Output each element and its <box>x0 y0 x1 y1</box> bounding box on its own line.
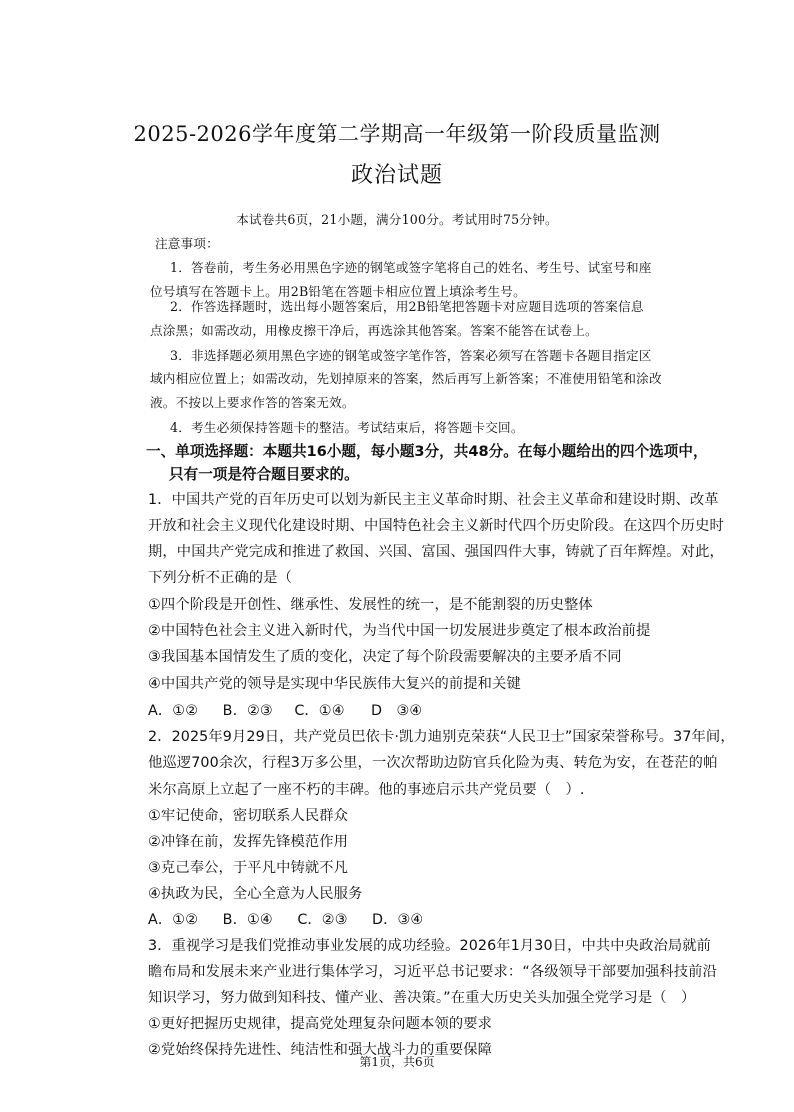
question-item: ③我国基本国情发生了质的变化，决定了每个阶段需要解决的主要矛盾不同 <box>148 646 622 666</box>
answer-options: A．①② B．②③ C．①④ D ③④ <box>148 700 422 720</box>
exam-title: 2025-2026学年度第二学期高一年级第一阶段质量监测 <box>0 118 794 148</box>
question-item: ③克己奉公，于平凡中铸就不凡 <box>148 857 348 877</box>
question-stem: 知识学习，努力做到知科技、懂产业、善决策。”在重大历史关头加强全党学习是（ ） <box>148 987 695 1007</box>
section-heading: 一、单项选择题：本题共16小题，每小题3分，共48分。在每小题给出的四个选项中， <box>146 440 708 461</box>
question-stem: 开放和社会主义现代化建设时期、中国特色社会主义新时代四个历史阶段。在这四个历史时 <box>148 515 724 535</box>
question-stem: 1．中国共产党的百年历史可以划为新民主主义革命时期、社会主义革命和建设时期、改革 <box>148 489 719 509</box>
notice-line: 4．考生必须保持答题卡的整洁。考试结束后，将答题卡交回。 <box>170 417 524 436</box>
option-b: B．①④ <box>223 909 293 929</box>
question-item: ④中国共产党的领导是实现中华民族伟大复兴的前提和关键 <box>148 673 521 693</box>
option-b: B．②③ <box>223 700 290 720</box>
question-item: ②冲锋在前，发挥先锋模范作用 <box>148 831 348 851</box>
question-stem: 他巡逻700余次，行程3万多公里，一次次帮助边防官兵化险为夷、转危为安，在苍茫的… <box>148 752 717 772</box>
exam-subtitle: 政治试题 <box>0 158 794 189</box>
option-c: C．①④ <box>294 700 366 720</box>
notice-line: 域内相应位置上；如需改动，先划掉原来的答案，然后再写上新答案；不准使用铅笔和涂改 <box>150 368 662 387</box>
option-a: A．①② <box>148 700 218 720</box>
answer-options: A．①② B．①④ C．②③ D．③④ <box>148 909 423 929</box>
question-item: ②中国特色社会主义进入新时代，为当代中国一切发展进步奠定了根本政治前提 <box>148 620 650 640</box>
option-d: D ③④ <box>371 700 422 720</box>
notice-line: 液。不按以上要求作答的答案无效。 <box>150 392 355 411</box>
option-c: C．②③ <box>297 909 367 929</box>
section-heading: 只有一项是符合题目要求的。 <box>169 463 359 484</box>
exam-page: 2025-2026学年度第二学期高一年级第一阶段质量监测 政治试题 本试卷共6页… <box>0 0 794 1112</box>
option-d: D．③④ <box>372 909 423 929</box>
question-item: ①四个阶段是开创性、继承性、发展性的统一，是不能割裂的历史整体 <box>148 594 593 614</box>
question-stem: 下列分析不正确的是（ <box>148 567 292 587</box>
question-item: ①牢记使命，密切联系人民群众 <box>148 805 348 825</box>
notice-line: 1．答卷前，考生务必用黑色字迹的钢笔或签字笔将自己的姓名、考生号、试室号和座 <box>170 257 652 276</box>
exam-info: 本试卷共6页，21小题，满分100分。考试用时75分钟。 <box>0 209 794 228</box>
question-item: ④执政为民，全心全意为人民服务 <box>148 883 362 903</box>
question-stem: 期，中国共产党完成和推进了救国、兴国、富国、强国四件大事，铸就了百年辉煌。对此， <box>148 541 724 561</box>
question-item: ①更好把握历史规律，提高党处理复杂问题本领的要求 <box>148 1013 492 1033</box>
question-stem: 3．重视学习是我们党推动事业发展的成功经验。2026年1月30日，中共中央政治局… <box>148 935 711 955</box>
page-footer: 第1页，共6页 <box>0 1053 794 1070</box>
question-stem: 2．2025年9月29日，共产党员巴依卡·凯力迪别克荣获“人民卫士”国家荣誉称号… <box>148 726 735 746</box>
question-stem: 米尔高原上立起了一座不朽的丰碑。他的事迹启示共产党员要（ ）. <box>148 779 585 799</box>
notice-heading: 注意事项： <box>155 233 219 252</box>
notice-line: 3．非选择题必须用黑色字迹的钢笔或签字笔作答，答案必须写在答题卡各题目指定区 <box>170 345 652 364</box>
question-stem: 瞻布局和发展未来产业进行集体学习，习近平总书记要求：“各级领导干部要加强科技前沿 <box>148 961 717 981</box>
notice-line: 2．作答选择题时，选出每小题答案后，用2B铅笔把答题卡对应题目选项的答案信息 <box>170 296 644 315</box>
option-a: A．①② <box>148 909 218 929</box>
notice-line: 点涂黑；如需改动，用橡皮擦干净后，再选涂其他答案。答案不能答在试卷上。 <box>150 320 598 339</box>
